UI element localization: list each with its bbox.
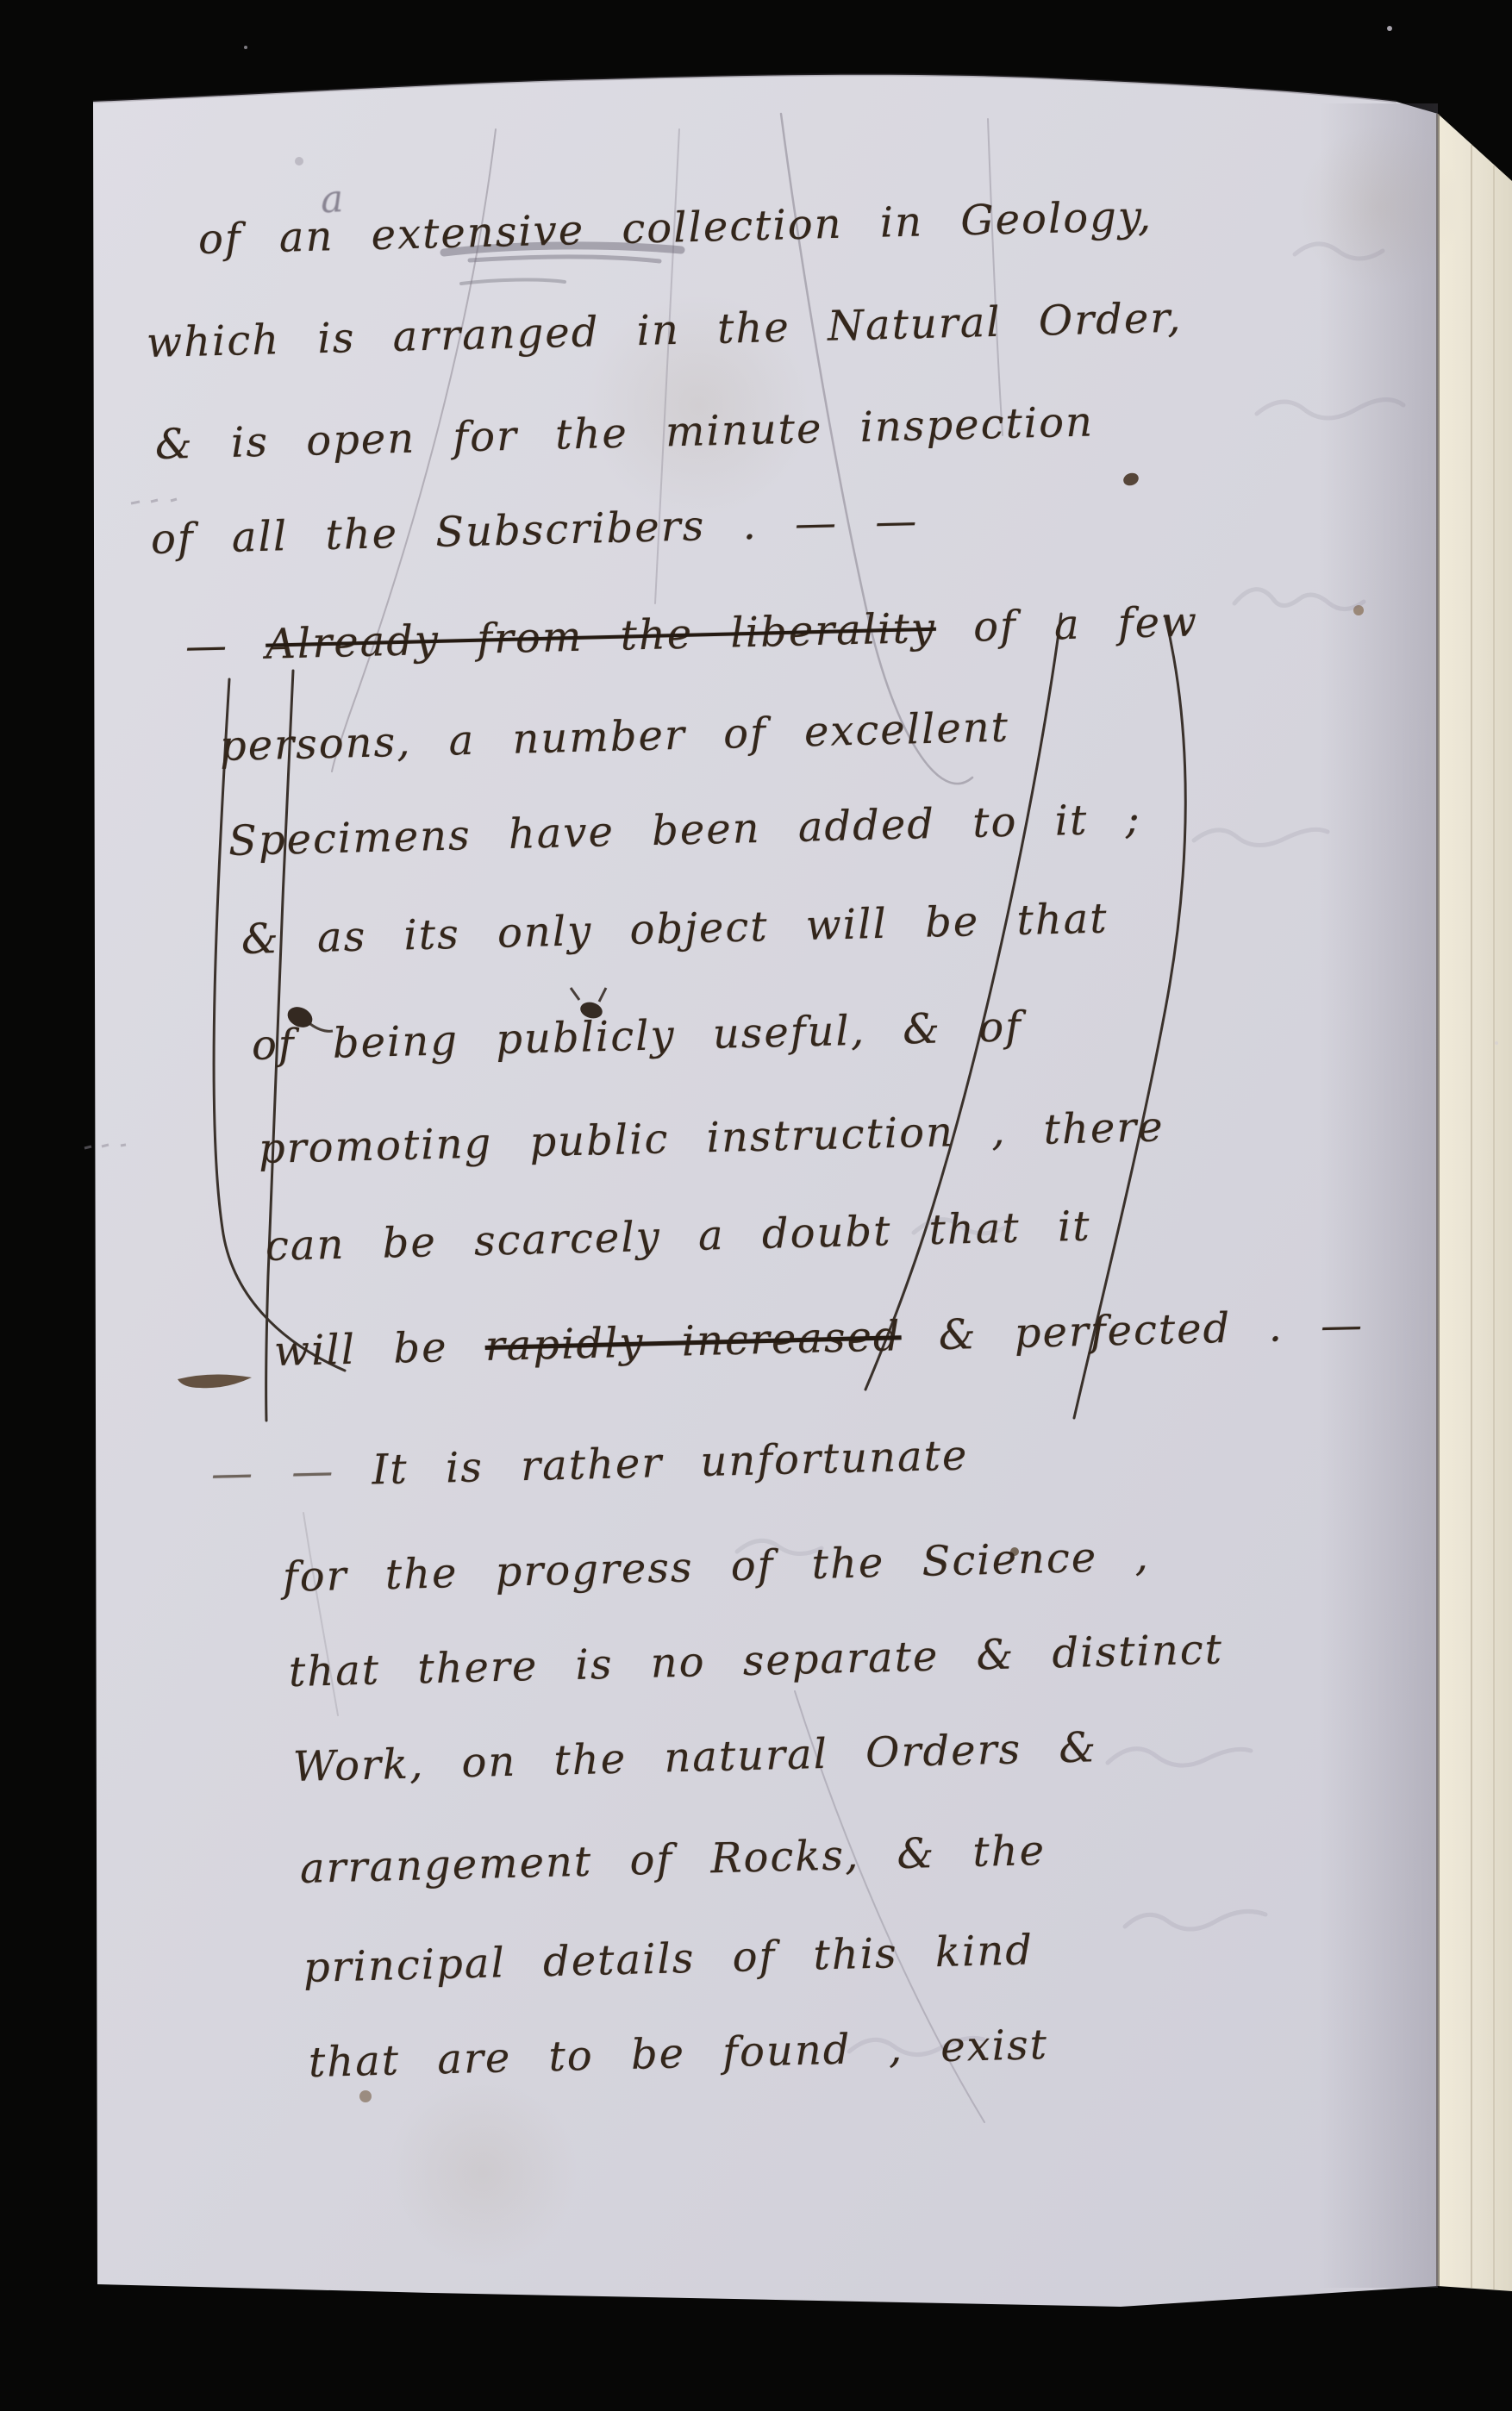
text-line-13: — — It is rather unfortunate: [210, 1432, 969, 1498]
manuscript-photo: a of an extensive collection in Geology,…: [0, 0, 1512, 2411]
text-line-16: Work, on the natural Orders &: [292, 1723, 1097, 1791]
text-line-19: that are to be found , exist: [308, 2021, 1048, 2087]
text-line-15: that there is no separate & distinct: [288, 1626, 1223, 1696]
text-line-8: & as its only object will be that: [241, 894, 1109, 964]
text-line-12: will be rapidly increased & perfected . …: [273, 1301, 1364, 1376]
text-line-9: of being publicly useful, & of: [251, 1003, 1022, 1070]
text-line-5: — Already from the liberality of a few: [184, 597, 1198, 671]
text-line-2: which is arranged in the Natural Order,: [146, 294, 1183, 367]
text-line-17: arrangement of Rocks, & the: [299, 1827, 1046, 1893]
text-line-10: promoting public instruction , there: [258, 1102, 1165, 1173]
text-line-18: principal details of this kind: [303, 1926, 1034, 1992]
text-line-4: of all the Subscribers . — —: [150, 497, 919, 564]
text-line-3: & is open for the minute inspection: [154, 397, 1094, 469]
text-line-14: for the progress of the Science ,: [282, 1532, 1150, 1602]
manuscript-text: a of an extensive collection in Geology,…: [0, 0, 1512, 2411]
text-line-6: persons, a number of excellent: [219, 703, 1009, 771]
text-line-11: can be scarcely a doubt that it: [265, 1202, 1091, 1271]
text-line-7: Specimens have been added to it ;: [228, 795, 1141, 865]
